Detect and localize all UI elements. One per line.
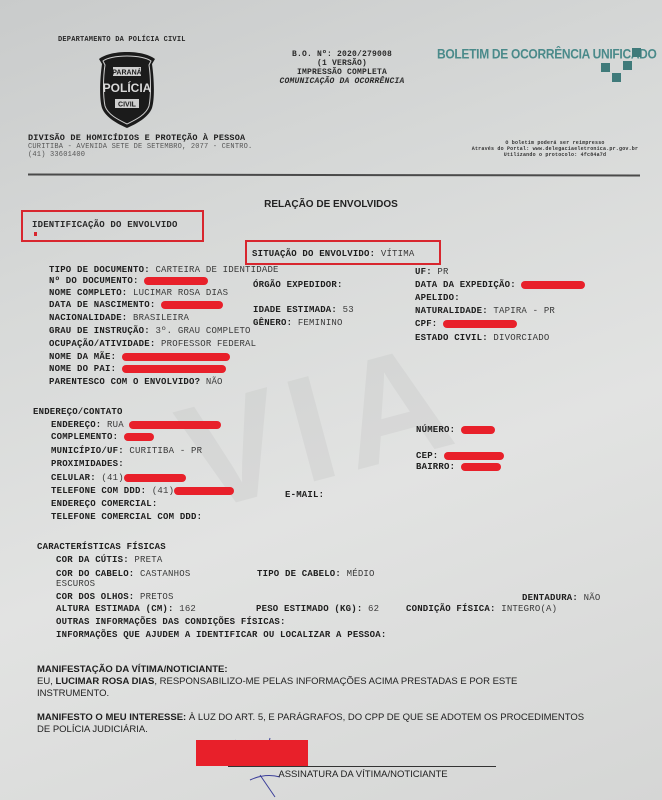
division-name: DIVISÃO DE HOMICÍDIOS E PROTEÇÃO À PESSO… [28, 133, 245, 143]
manifestation-heading: MANIFESTAÇÃO DA VÍTIMA/NOTICIANTE: [37, 664, 228, 675]
manifestation-text-cont: INSTRUMENTO. [37, 688, 109, 699]
redaction [124, 433, 154, 441]
field-nome-completo: NOME COMPLETO: LUCIMAR ROSA DIAS [49, 288, 228, 298]
field-municipio: MUNICÍPIO/UF: CURITIBA - PR [51, 446, 202, 456]
redaction [521, 281, 585, 289]
field-data-nascimento: DATA DE NASCIMENTO: [49, 300, 223, 310]
manifestation-text: EU, LUCIMAR ROSA DIAS, RESPONSABILIZO-ME… [37, 676, 517, 687]
field-celular: CELULAR: (41) [51, 473, 186, 483]
field-ocupacao: OCUPAÇÃO/ATIVIDADE: PROFESSOR FEDERAL [49, 339, 256, 349]
signature-caption: ASSINATURA DA VÍTIMA/NOTICIANTE [238, 769, 488, 780]
field-orgao-expedidor: ÓRGÃO EXPEDIDOR: [253, 280, 343, 290]
svg-text:POLÍCIA: POLÍCIA [103, 80, 152, 95]
signature-line [228, 766, 496, 767]
redaction [122, 353, 230, 361]
police-report-document: VIA DEPARTAMENTO DA POLÍCIA CIVIL PARANÁ… [0, 0, 662, 800]
field-olhos: COR DOS OLHOS: PRETOS [56, 592, 174, 602]
redaction [174, 487, 234, 495]
identification-heading: IDENTIFICAÇÃO DO ENVOLVIDO [32, 220, 178, 230]
field-peso: PESO ESTIMADO (KG): 62 [256, 604, 379, 614]
field-proximidades: PROXIMIDADES: [51, 459, 124, 469]
bo-version: (1 VERSÃO) [272, 59, 412, 68]
field-telefone: TELEFONE COM DDD: (41) [51, 486, 234, 496]
field-idade-estimada: IDADE ESTIMADA: 53 [253, 305, 354, 315]
communication-title: COMUNICAÇÃO DA OCORRÊNCIA [250, 77, 434, 86]
system-title: BOLETIM DE OCORRÊNCIA UNIFICADO [437, 46, 657, 62]
division-address: CURITIBA - AVENIDA SETE DE SETEMBRO, 207… [28, 143, 252, 151]
field-grau-instrucao: GRAU DE INSTRUÇÃO: 3º. GRAU COMPLETO [49, 326, 251, 336]
field-outras: OUTRAS INFORMAÇÕES DAS CONDIÇÕES FÍSICAS… [56, 617, 286, 627]
field-email: E-MAIL: [285, 490, 324, 500]
field-numero: NÚMERO: [416, 425, 495, 435]
field-bairro: BAIRRO: [416, 462, 501, 472]
field-uf: UF: PR [415, 267, 449, 277]
field-condicao: CONDIÇÃO FÍSICA: INTEGRO(A) [406, 604, 557, 614]
svg-text:PARANÁ: PARANÁ [112, 68, 141, 77]
field-telefone-comercial: TELEFONE COMERCIAL COM DDD: [51, 512, 202, 522]
field-endereco-comercial: ENDEREÇO COMERCIAL: [51, 499, 157, 509]
interest-text-cont: DE POLÍCIA JUDICIÁRIA. [37, 724, 148, 735]
field-cabelo-cor: COR DO CABELO: CASTANHOS [56, 569, 190, 579]
field-cpf: CPF: [415, 319, 517, 329]
field-cabelo-tipo: TIPO DE CABELO: MÉDIO [257, 569, 375, 579]
division-phone: (41) 33601400 [28, 151, 85, 159]
redaction [122, 365, 226, 373]
field-nome-pai: NOME DO PAI: [49, 364, 226, 374]
situation-field: SITUAÇÃO DO ENVOLVIDO: VÍTIMA [252, 249, 414, 259]
field-altura: ALTURA ESTIMADA (CM): 162 [56, 604, 196, 614]
redaction [124, 474, 186, 482]
field-num-documento: Nº DO DOCUMENTO: [49, 276, 208, 286]
svg-text:CIVIL: CIVIL [118, 102, 137, 109]
field-cutis: COR DA CÚTIS: PRETA [56, 555, 162, 565]
redaction [144, 277, 208, 285]
interest-text: MANIFESTO O MEU INTERESSE: À LUZ DO ART.… [37, 712, 584, 723]
field-info-localizar: INFORMAÇÕES QUE AJUDEM A IDENTIFICAR OU … [56, 630, 386, 640]
physical-heading: CARACTERÍSTICAS FÍSICAS [37, 542, 166, 552]
department-name: DEPARTAMENTO DA POLÍCIA CIVIL [58, 36, 186, 44]
header-divider [28, 173, 640, 176]
section-title: RELAÇÃO DE ENVOLVIDOS [0, 199, 662, 210]
redaction [443, 320, 517, 328]
field-genero: GÊNERO: FEMININO [253, 318, 343, 328]
portal-info: O boletim poderá ser reimpresso Através … [470, 140, 640, 158]
redaction [161, 301, 223, 309]
redaction [129, 421, 221, 429]
redaction [461, 463, 501, 471]
police-badge-icon: PARANÁ POLÍCIA CIVIL [96, 50, 158, 130]
field-parentesco: PARENTESCO COM O ENVOLVIDO? NÃO [49, 377, 223, 387]
field-naturalidade: NATURALIDADE: TAPIRA - PR [415, 306, 555, 316]
field-cep: CEP: [416, 451, 504, 461]
signature-redaction [196, 740, 308, 766]
field-cabelo-cor-cont: ESCUROS [56, 579, 95, 589]
field-complemento: COMPLEMENTO: [51, 432, 154, 442]
address-heading: ENDEREÇO/CONTATO [33, 407, 123, 417]
field-estado-civil: ESTADO CIVIL: DIVORCIADO [415, 333, 549, 343]
redaction [444, 452, 504, 460]
field-nacionalidade: NACIONALIDADE: BRASILEIRA [49, 313, 189, 323]
bo-number: B.O. Nº: 2020/279008 [272, 50, 412, 59]
field-tipo-documento: TIPO DE DOCUMENTO: CARTEIRA DE IDENTIDAD… [49, 265, 279, 275]
print-type: IMPRESSÃO COMPLETA [272, 68, 412, 77]
marker [34, 232, 37, 236]
field-data-expedicao: DATA DA EXPEDIÇÃO: [415, 280, 585, 290]
field-nome-mae: NOME DA MÃE: [49, 352, 230, 362]
redaction [461, 426, 495, 434]
field-dentadura: DENTADURA: NÃO [522, 593, 600, 603]
field-endereco: ENDEREÇO: RUA [51, 420, 221, 430]
field-apelido: APELIDO: [415, 293, 460, 303]
